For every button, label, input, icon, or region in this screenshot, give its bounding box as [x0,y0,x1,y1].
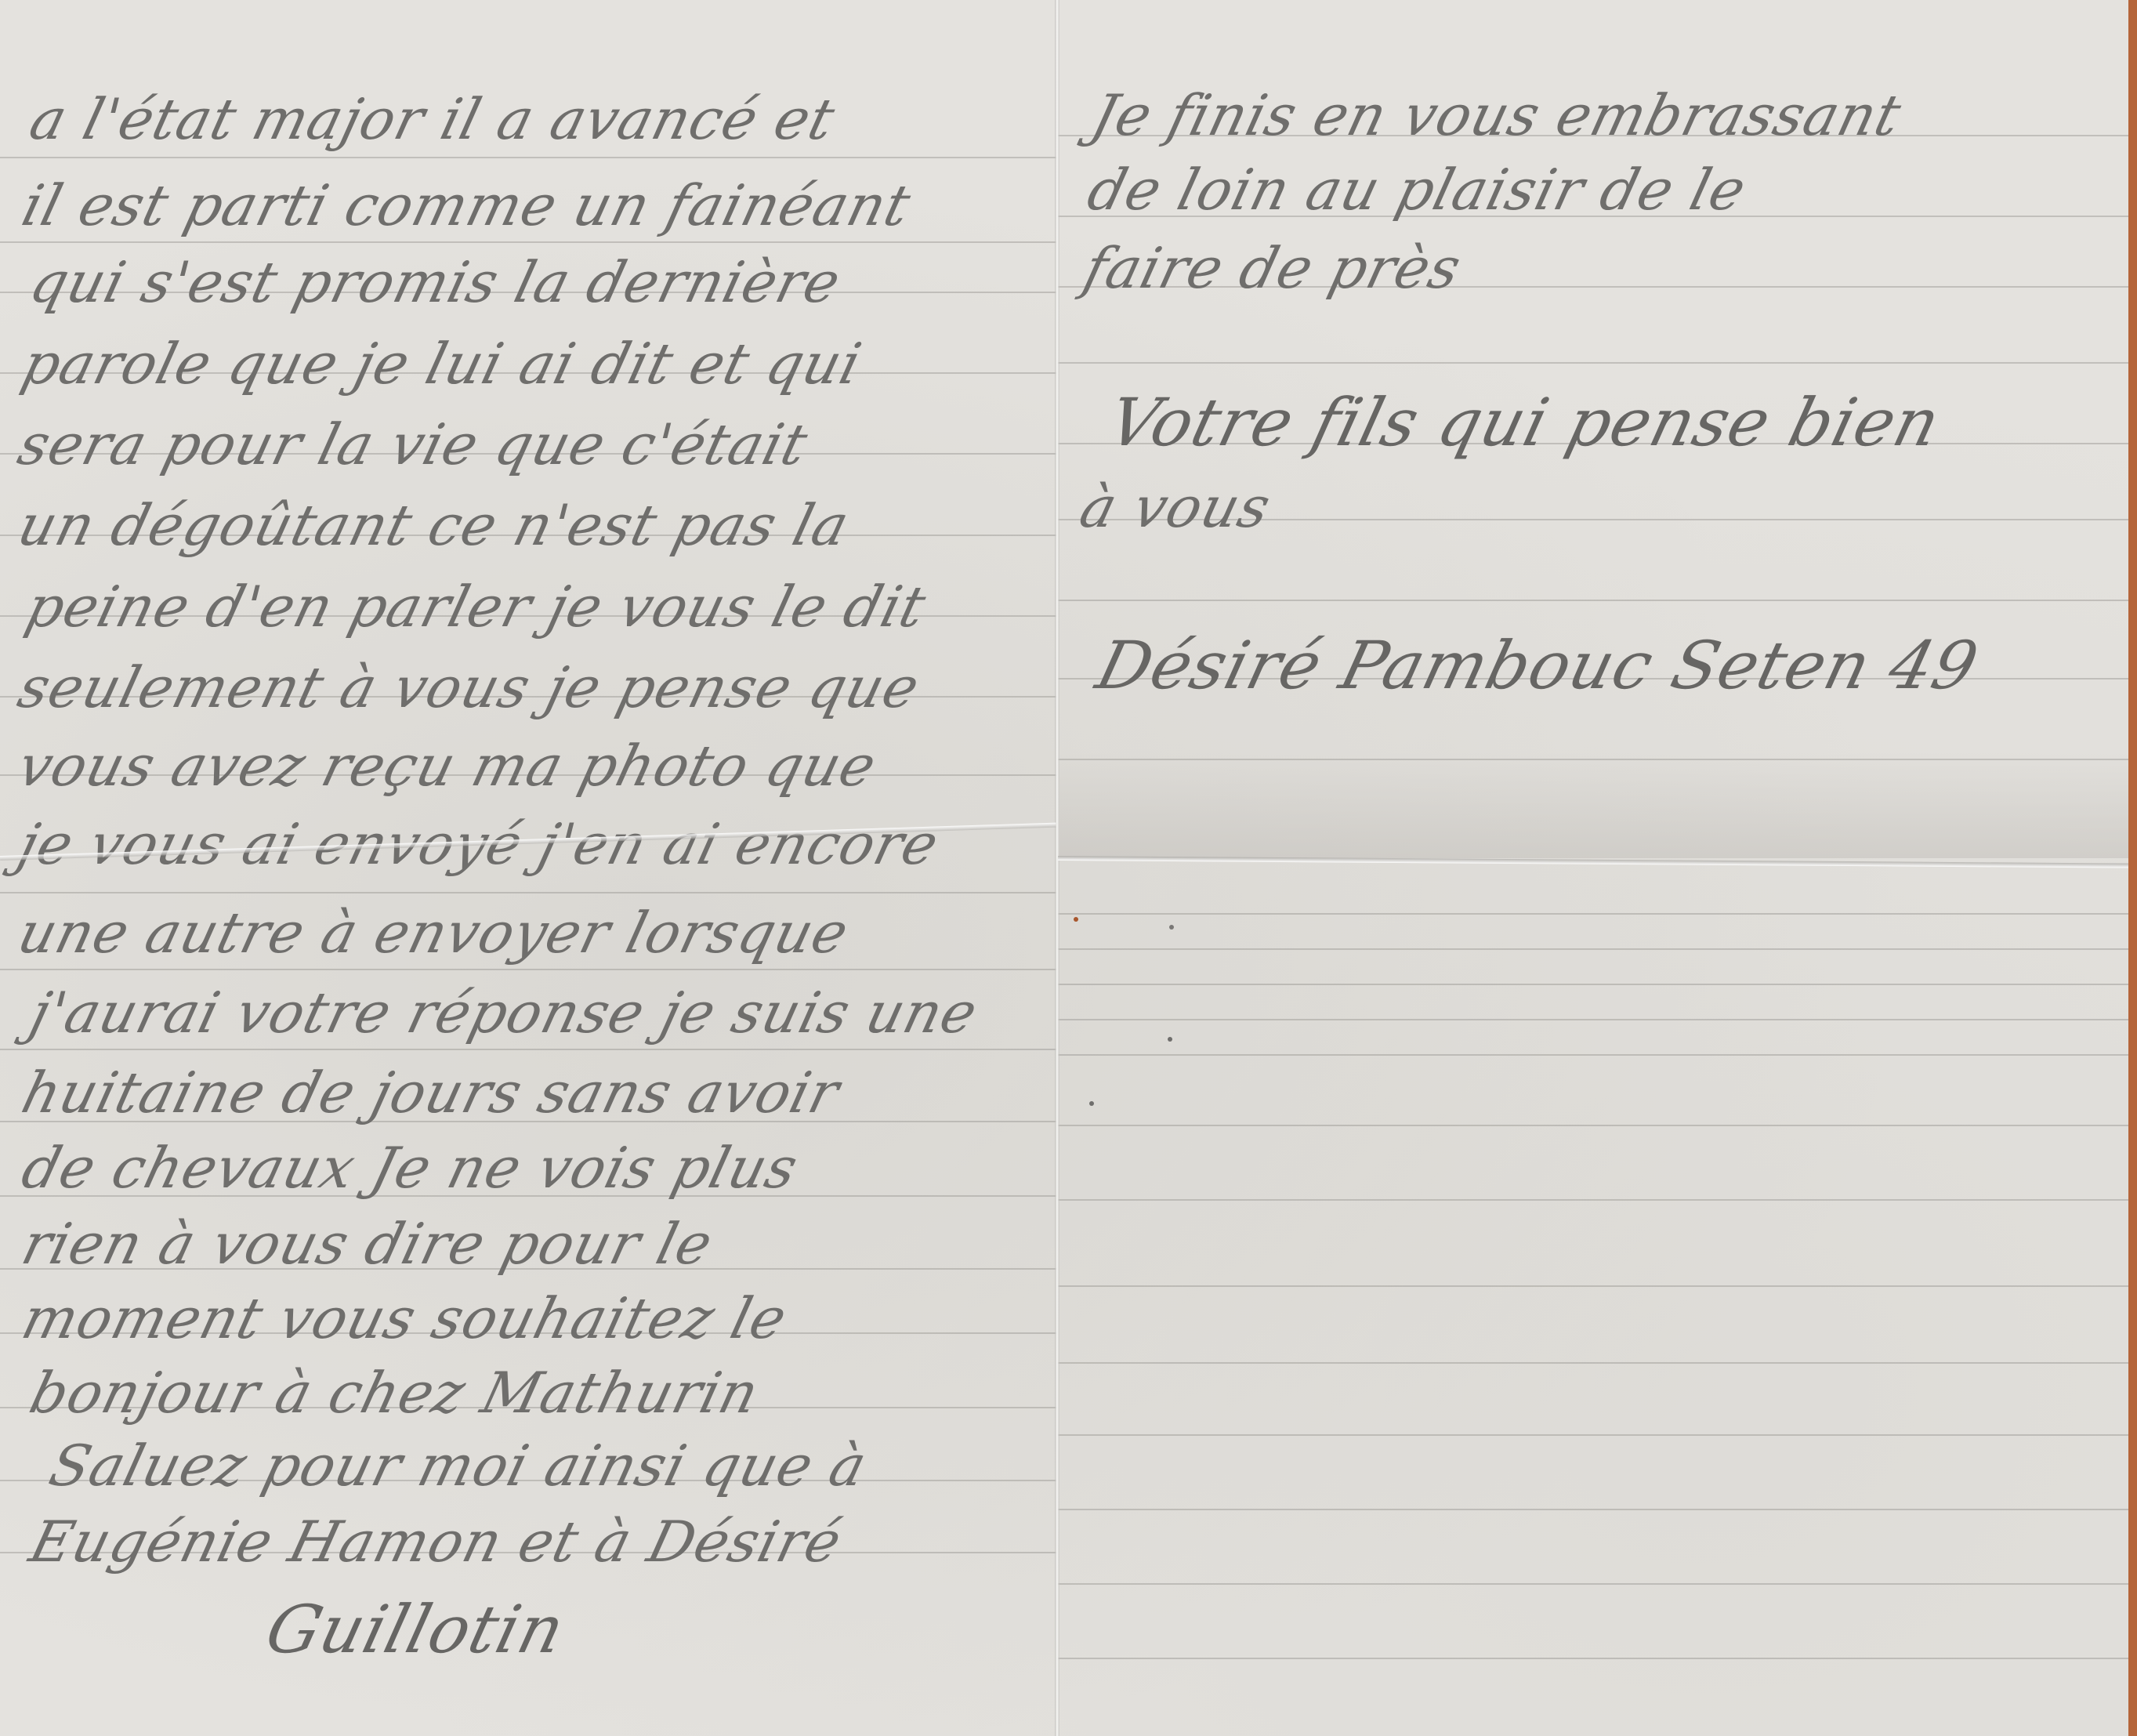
paper-speck [1089,1101,1094,1106]
rule-line [1058,984,2128,985]
rule-line [1058,1125,2128,1126]
letter-sheet: a l'état major il a avancé et il est par… [0,0,2128,1736]
rule-line [1058,1054,2128,1056]
rule-line [1058,1199,2128,1201]
rule-line [0,157,1056,158]
fold-shadow [1059,752,2128,858]
letter-line: Saluez pour moi ainsi que à [43,1433,874,1499]
rule-line [1058,1658,2128,1659]
paper-speck [1074,917,1078,922]
letter-line: rien à vous dire pour le [16,1211,719,1277]
rule-line [1058,948,2128,950]
rule-line [1058,600,2128,601]
letter-line: Je finis en vous embrassant [1085,82,1908,148]
letter-line: de chevaux Je ne vois plus [16,1135,805,1201]
rule-line [1058,1285,2128,1287]
letter-line: une autre à envoyer lorsque [12,900,856,966]
vertical-fold-crease [1055,0,1059,1736]
right-page: Je finis en vous embrassant de loin au p… [1058,0,2128,1736]
letter-line: a l'état major il a avancé et [24,86,842,152]
letter-line: peine d'en parler je vous le dit [20,574,933,640]
left-page: a l'état major il a avancé et il est par… [0,0,1056,1736]
letter-line: faire de près [1078,235,1468,301]
rule-line [1058,1583,2128,1585]
rule-line [0,969,1056,970]
letter-line: sera pour la vie que c'était [12,411,814,477]
letter-line: moment vous souhaitez le [16,1285,794,1351]
paper-speck [1168,1037,1172,1042]
rule-line [1058,1019,2128,1020]
letter-line: seulement à vous je pense que [12,654,926,720]
left-signature: Guillotin [259,1591,573,1668]
paper-speck [1169,925,1174,930]
letter-line: Eugénie Hamon et à Désiré [24,1509,849,1575]
letter-line: vous avez reçu ma photo que [12,733,883,799]
letter-line: parole que je lui ai dit et qui [16,331,868,397]
letter-line: un dégoûtant ce n'est pas la [12,492,856,558]
letter-line: qui s'est promis la dernière [24,249,847,315]
letter-line: il est parti comme un fainéant [16,172,918,238]
rule-line [0,241,1056,243]
rule-line [1058,362,2128,364]
rule-line [1058,1434,2128,1436]
rule-line [1058,913,2128,915]
letter-line: j'aurai votre réponse je suis une [24,980,984,1046]
rule-line [0,892,1056,893]
right-signature: Désiré Pambouc Seten 49 [1089,627,1986,704]
closing-line: à vous [1074,474,1277,540]
letter-line: de loin au plaisir de le [1081,157,1753,223]
rule-line [1058,1362,2128,1364]
letter-line: huitaine de jours sans avoir [16,1060,846,1125]
rule-line [1058,1509,2128,1510]
closing-line: Votre fils qui pense bien [1101,384,1948,461]
letter-line: bonjour à chez Mathurin [24,1360,766,1426]
rule-line [0,1049,1056,1050]
